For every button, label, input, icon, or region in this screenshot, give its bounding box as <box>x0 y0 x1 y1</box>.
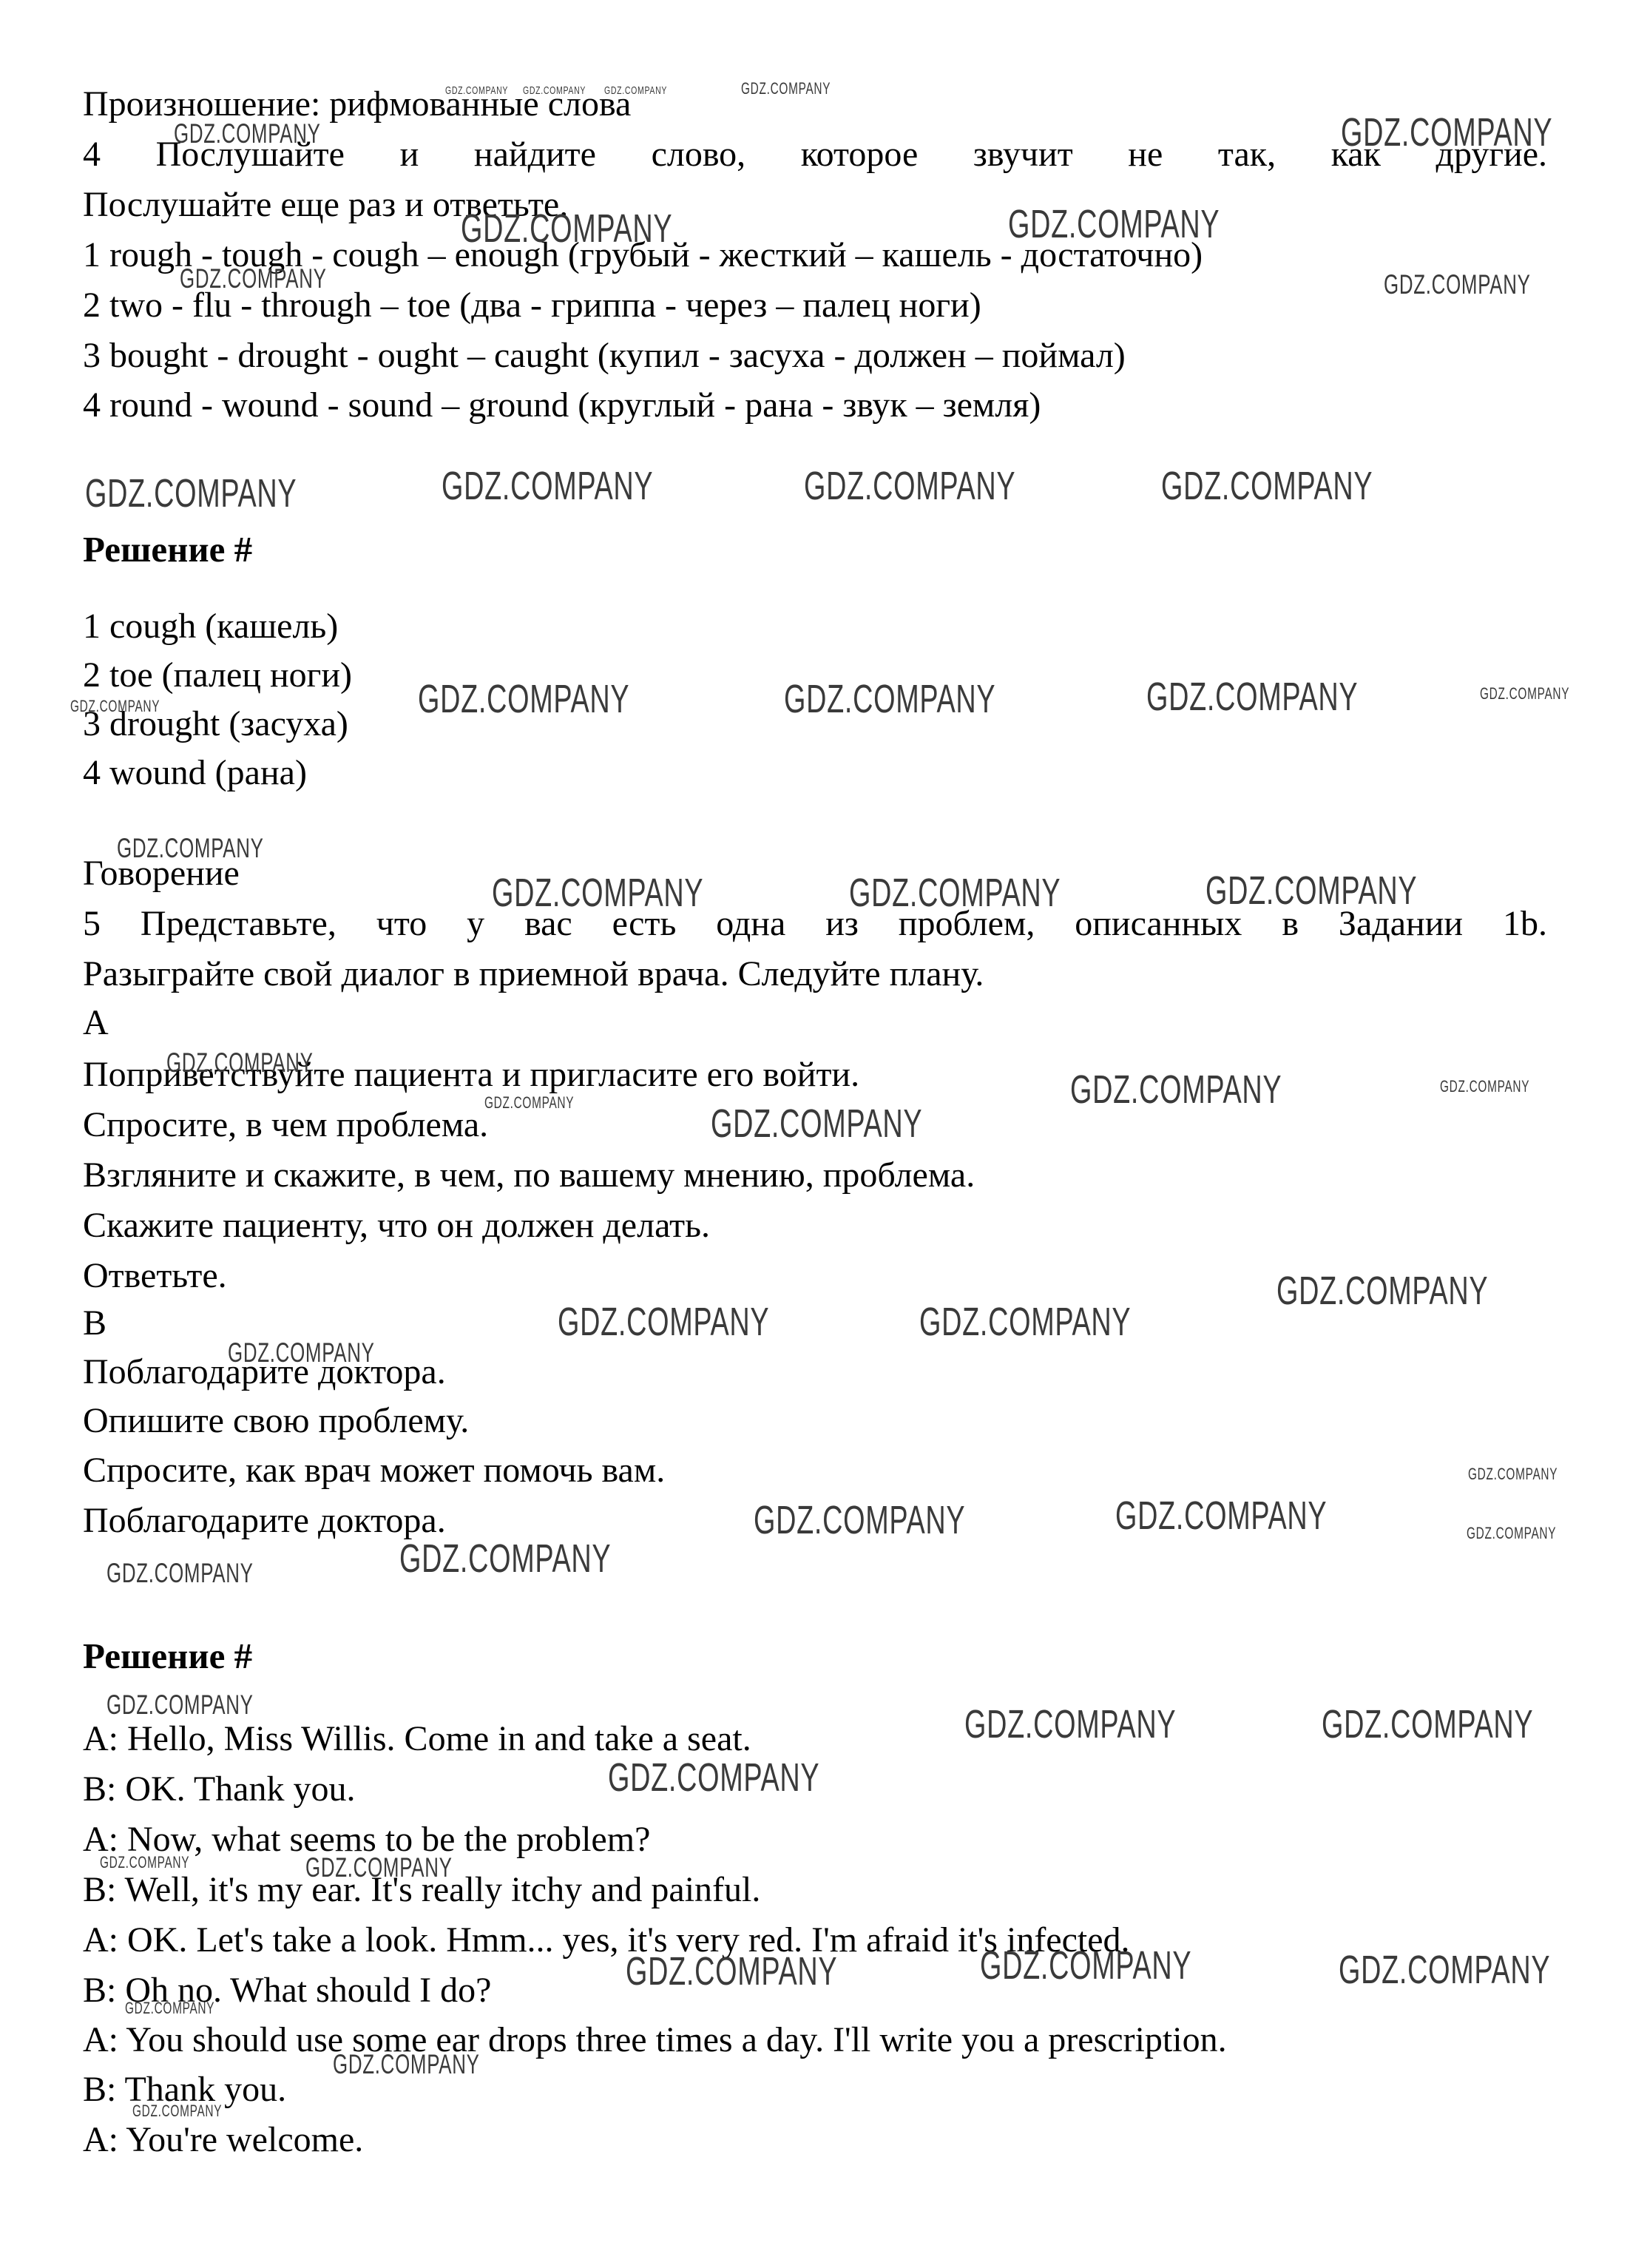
gdz-watermark: GDZ.COMPANY <box>741 81 831 97</box>
gdz-watermark: GDZ.COMPANY <box>523 85 586 96</box>
gdz-watermark: GDZ.COMPANY <box>1468 1466 1558 1482</box>
gdz-watermark: GDZ.COMPANY <box>1467 1525 1556 1542</box>
gdz-watermark: GDZ.COMPANY <box>964 1704 1176 1744</box>
gdz-watermark: GDZ.COMPANY <box>100 1854 189 1871</box>
gdz-watermark: GDZ.COMPANY <box>125 2000 214 2016</box>
gdz-watermark: GDZ.COMPANY <box>174 120 321 147</box>
word-set-line: 4 round - wound - sound – ground (круглы… <box>83 384 1547 427</box>
dialogue-line: A: Now, what seems to be the problem? <box>83 1818 1547 1861</box>
plan-b-step: Опишите свою проблему. <box>83 1400 1547 1442</box>
solution-heading-2: Решение # <box>83 1635 1547 1678</box>
gdz-watermark: GDZ.COMPANY <box>399 1539 611 1579</box>
gdz-watermark: GDZ.COMPANY <box>305 1854 453 1881</box>
gdz-watermark: GDZ.COMPANY <box>85 473 297 513</box>
gdz-watermark: GDZ.COMPANY <box>784 679 995 719</box>
plan-a-label: A <box>83 1002 1547 1044</box>
solutions-page: Произношение: рифмованные слова 4 Послуш… <box>0 0 1630 2268</box>
gdz-watermark: GDZ.COMPANY <box>492 873 703 913</box>
dialogue-line: A: You're welcome. <box>83 2119 1547 2161</box>
answer-line: 1 cough (кашель) <box>83 605 1547 648</box>
gdz-watermark: GDZ.COMPANY <box>166 1049 314 1076</box>
gdz-watermark: GDZ.COMPANY <box>1115 1496 1327 1536</box>
gdz-watermark: GDZ.COMPANY <box>132 2103 222 2119</box>
gdz-watermark: GDZ.COMPANY <box>804 466 1015 506</box>
gdz-watermark: GDZ.COMPANY <box>1341 112 1552 152</box>
plan-b-step: Спросите, как врач может помочь вам. <box>83 1449 1547 1492</box>
gdz-watermark: GDZ.COMPANY <box>1161 466 1373 506</box>
plan-a-step: Скажите пациенту, что он должен делать. <box>83 1204 1547 1247</box>
gdz-watermark: GDZ.COMPANY <box>1205 871 1417 911</box>
dialogue-line: A: You should use some ear drops three t… <box>83 2019 1547 2062</box>
gdz-watermark: GDZ.COMPANY <box>445 85 508 96</box>
solution-heading-1: Решение # <box>83 528 1547 571</box>
gdz-watermark: GDZ.COMPANY <box>461 209 672 249</box>
gdz-watermark: GDZ.COMPANY <box>1276 1271 1488 1311</box>
gdz-watermark: GDZ.COMPANY <box>919 1302 1131 1342</box>
gdz-watermark: GDZ.COMPANY <box>1146 677 1358 717</box>
gdz-watermark: GDZ.COMPANY <box>106 1691 254 1718</box>
gdz-watermark: GDZ.COMPANY <box>1008 204 1220 244</box>
gdz-watermark: GDZ.COMPANY <box>711 1104 922 1144</box>
gdz-watermark: GDZ.COMPANY <box>849 873 1061 913</box>
gdz-watermark: GDZ.COMPANY <box>484 1095 574 1111</box>
speaking-task-line-2: Разыграйте свой диалог в приемной врача.… <box>83 953 1547 996</box>
gdz-watermark: GDZ.COMPANY <box>180 265 327 292</box>
gdz-watermark: GDZ.COMPANY <box>1384 271 1531 298</box>
gdz-watermark: GDZ.COMPANY <box>1339 1950 1550 1990</box>
dialogue-line: B: Thank you. <box>83 2068 1547 2111</box>
gdz-watermark: GDZ.COMPANY <box>626 1951 837 1991</box>
gdz-watermark: GDZ.COMPANY <box>333 2051 480 2078</box>
gdz-watermark: GDZ.COMPANY <box>1322 1704 1533 1744</box>
gdz-watermark: GDZ.COMPANY <box>70 698 160 715</box>
gdz-watermark: GDZ.COMPANY <box>442 466 653 506</box>
gdz-watermark: GDZ.COMPANY <box>117 834 264 862</box>
gdz-watermark: GDZ.COMPANY <box>228 1339 375 1366</box>
gdz-watermark: GDZ.COMPANY <box>754 1500 965 1540</box>
gdz-watermark: GDZ.COMPANY <box>1070 1070 1282 1110</box>
gdz-watermark: GDZ.COMPANY <box>608 1758 819 1798</box>
gdz-watermark: GDZ.COMPANY <box>1480 686 1569 702</box>
gdz-watermark: GDZ.COMPANY <box>604 85 667 96</box>
word-set-line: 3 bought - drought - ought – caught (куп… <box>83 334 1547 377</box>
gdz-watermark: GDZ.COMPANY <box>418 679 629 719</box>
gdz-watermark: GDZ.COMPANY <box>980 1945 1191 1985</box>
gdz-watermark: GDZ.COMPANY <box>558 1302 769 1342</box>
gdz-watermark: GDZ.COMPANY <box>1440 1079 1529 1095</box>
answer-line: 4 wound (рана) <box>83 752 1547 794</box>
pronunciation-task-line-2: Послушайте еще раз и ответьте. <box>83 183 1547 226</box>
gdz-watermark: GDZ.COMPANY <box>106 1559 254 1587</box>
plan-a-step: Взгляните и скажите, в чем, по вашему мн… <box>83 1154 1547 1197</box>
dialogue-line: B: Well, it's my ear. It's really itchy … <box>83 1869 1547 1911</box>
